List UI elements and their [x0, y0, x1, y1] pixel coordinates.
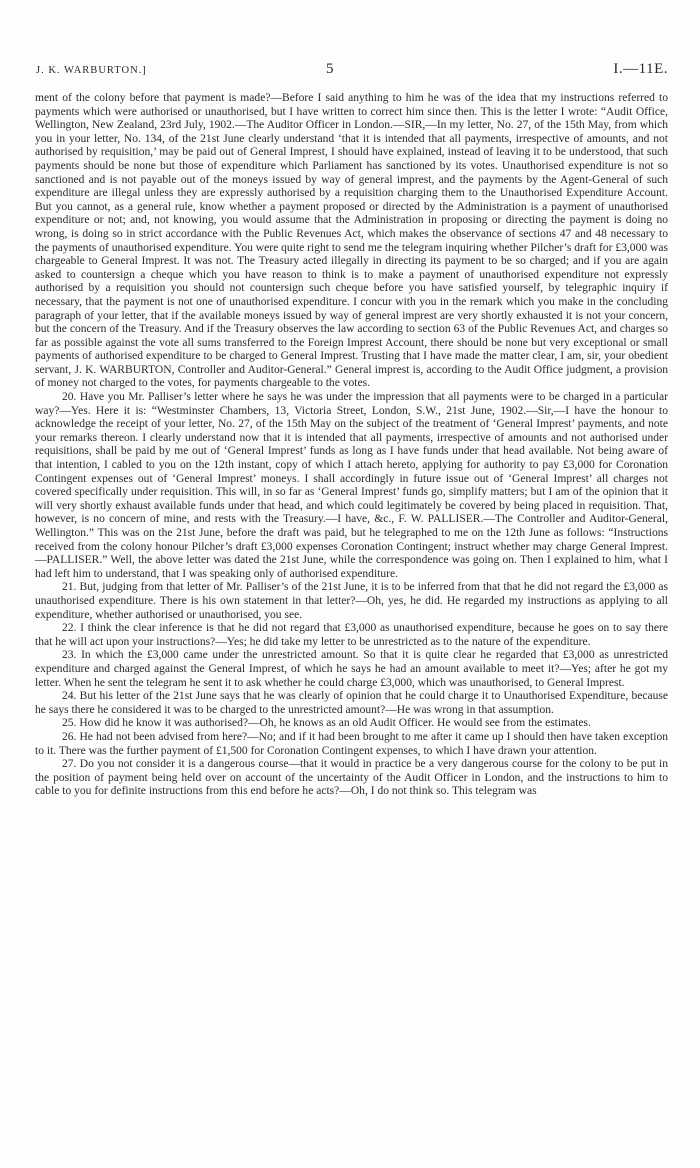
body-text: ment of the colony before that payment i…: [35, 92, 668, 799]
document-page: J. K. WARBURTON.] 5 I.—11E. ment of the …: [0, 0, 700, 1168]
question-21: 21. But, judging from that letter of Mr.…: [35, 581, 668, 622]
question-25: 25. How did he know it was authorised?—O…: [35, 717, 668, 731]
question-27: 27. Do you not consider it is a dangerou…: [35, 758, 668, 799]
question-22: 22. I think the clear inference is that …: [35, 622, 668, 649]
question-26: 26. He had not been advised from here?—N…: [35, 731, 668, 758]
document-reference: I.—11E.: [613, 61, 668, 78]
running-head: J. K. WARBURTON.]: [36, 65, 147, 76]
page-header: J. K. WARBURTON.] 5 I.—11E.: [36, 62, 668, 82]
paragraph-continuation: ment of the colony before that payment i…: [35, 92, 668, 391]
question-20: 20. Have you Mr. Palliser’s letter where…: [35, 391, 668, 581]
page-number: 5: [326, 61, 334, 78]
question-23: 23. In which the £3,000 came under the u…: [35, 649, 668, 690]
question-24: 24. But his letter of the 21st June says…: [35, 690, 668, 717]
